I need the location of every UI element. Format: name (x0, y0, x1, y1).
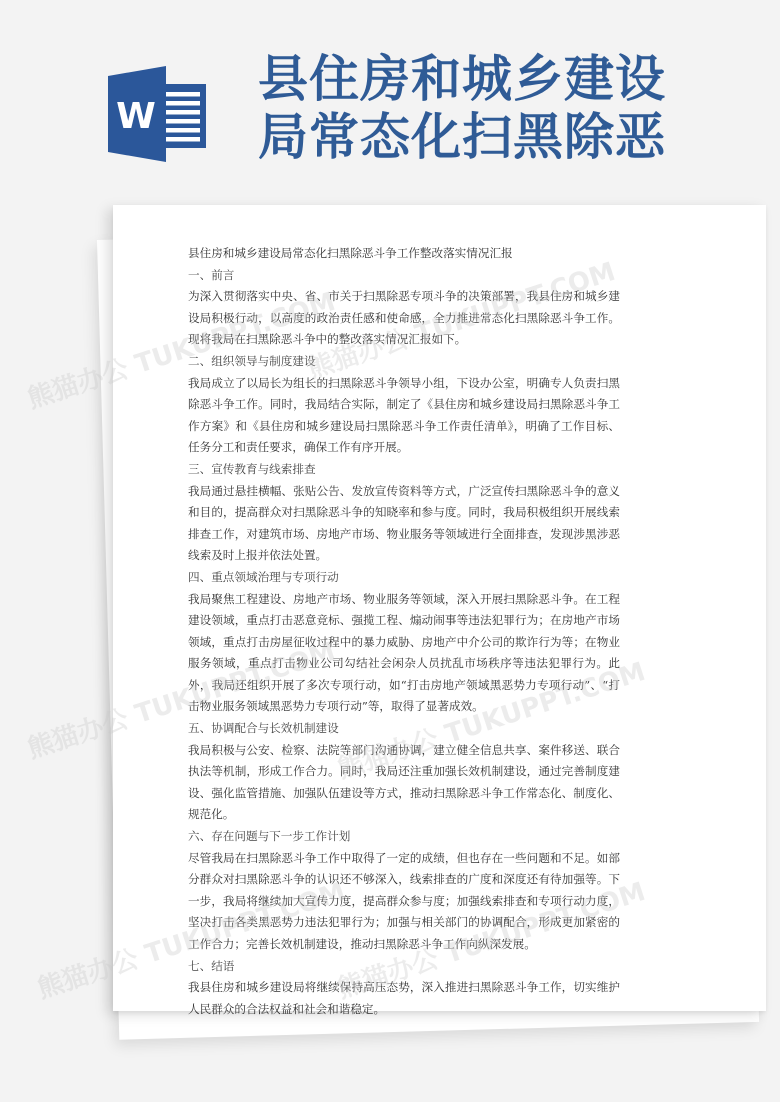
page-title: 县住房和城乡建设 局常态化扫黑除恶 (258, 50, 666, 166)
section-heading: 六、存在问题与下一步工作计划 (188, 826, 620, 848)
section-body: 尽管我局在扫黑除恶斗争工作中取得了一定的成绩，但也存在一些问题和不足。如部分群众… (188, 848, 620, 956)
section-heading: 七、结语 (188, 956, 620, 978)
section-heading: 五、协调配合与长效机制建设 (188, 718, 620, 740)
section-body: 我局成立了以局长为组长的扫黑除恶斗争领导小组，下设办公室，明确专人负责扫黑除恶斗… (188, 373, 620, 459)
document-title: 县住房和城乡建设局常态化扫黑除恶斗争工作整改落实情况汇报 (188, 243, 620, 265)
section-body: 我局聚焦工程建设、房地产市场、物业服务等领域，深入开展扫黑除恶斗争。在工程建设领… (188, 589, 620, 719)
section-body: 我局通过悬挂横幅、张贴公告、发放宣传资料等方式，广泛宣传扫黑除恶斗争的意义和目的… (188, 481, 620, 567)
section-heading: 四、重点领域治理与专项行动 (188, 567, 620, 589)
section-heading: 一、前言 (188, 265, 620, 287)
section-body: 我县住房和城乡建设局将继续保持高压态势，深入推进扫黑除恶斗争工作，切实维护人民群… (188, 977, 620, 1020)
title-line-2: 局常态化扫黑除恶 (258, 108, 666, 166)
svg-text:W: W (116, 96, 156, 137)
word-document-icon: W (108, 66, 208, 162)
title-line-1: 县住房和城乡建设 (258, 50, 666, 108)
section-body: 为深入贯彻落实中央、省、市关于扫黑除恶专项斗争的决策部署，我县住房和城乡建设局积… (188, 286, 620, 351)
document-page: 县住房和城乡建设局常态化扫黑除恶斗争工作整改落实情况汇报 一、前言 为深入贯彻落… (113, 205, 766, 1011)
section-heading: 三、宣传教育与线索排查 (188, 459, 620, 481)
section-body: 我局积极与公安、检察、法院等部门沟通协调，建立健全信息共享、案件移送、联合执法等… (188, 740, 620, 826)
section-heading: 二、组织领导与制度建设 (188, 351, 620, 373)
document-body: 县住房和城乡建设局常态化扫黑除恶斗争工作整改落实情况汇报 一、前言 为深入贯彻落… (188, 243, 620, 1020)
header: W 县住房和城乡建设 局常态化扫黑除恶 (0, 0, 780, 200)
